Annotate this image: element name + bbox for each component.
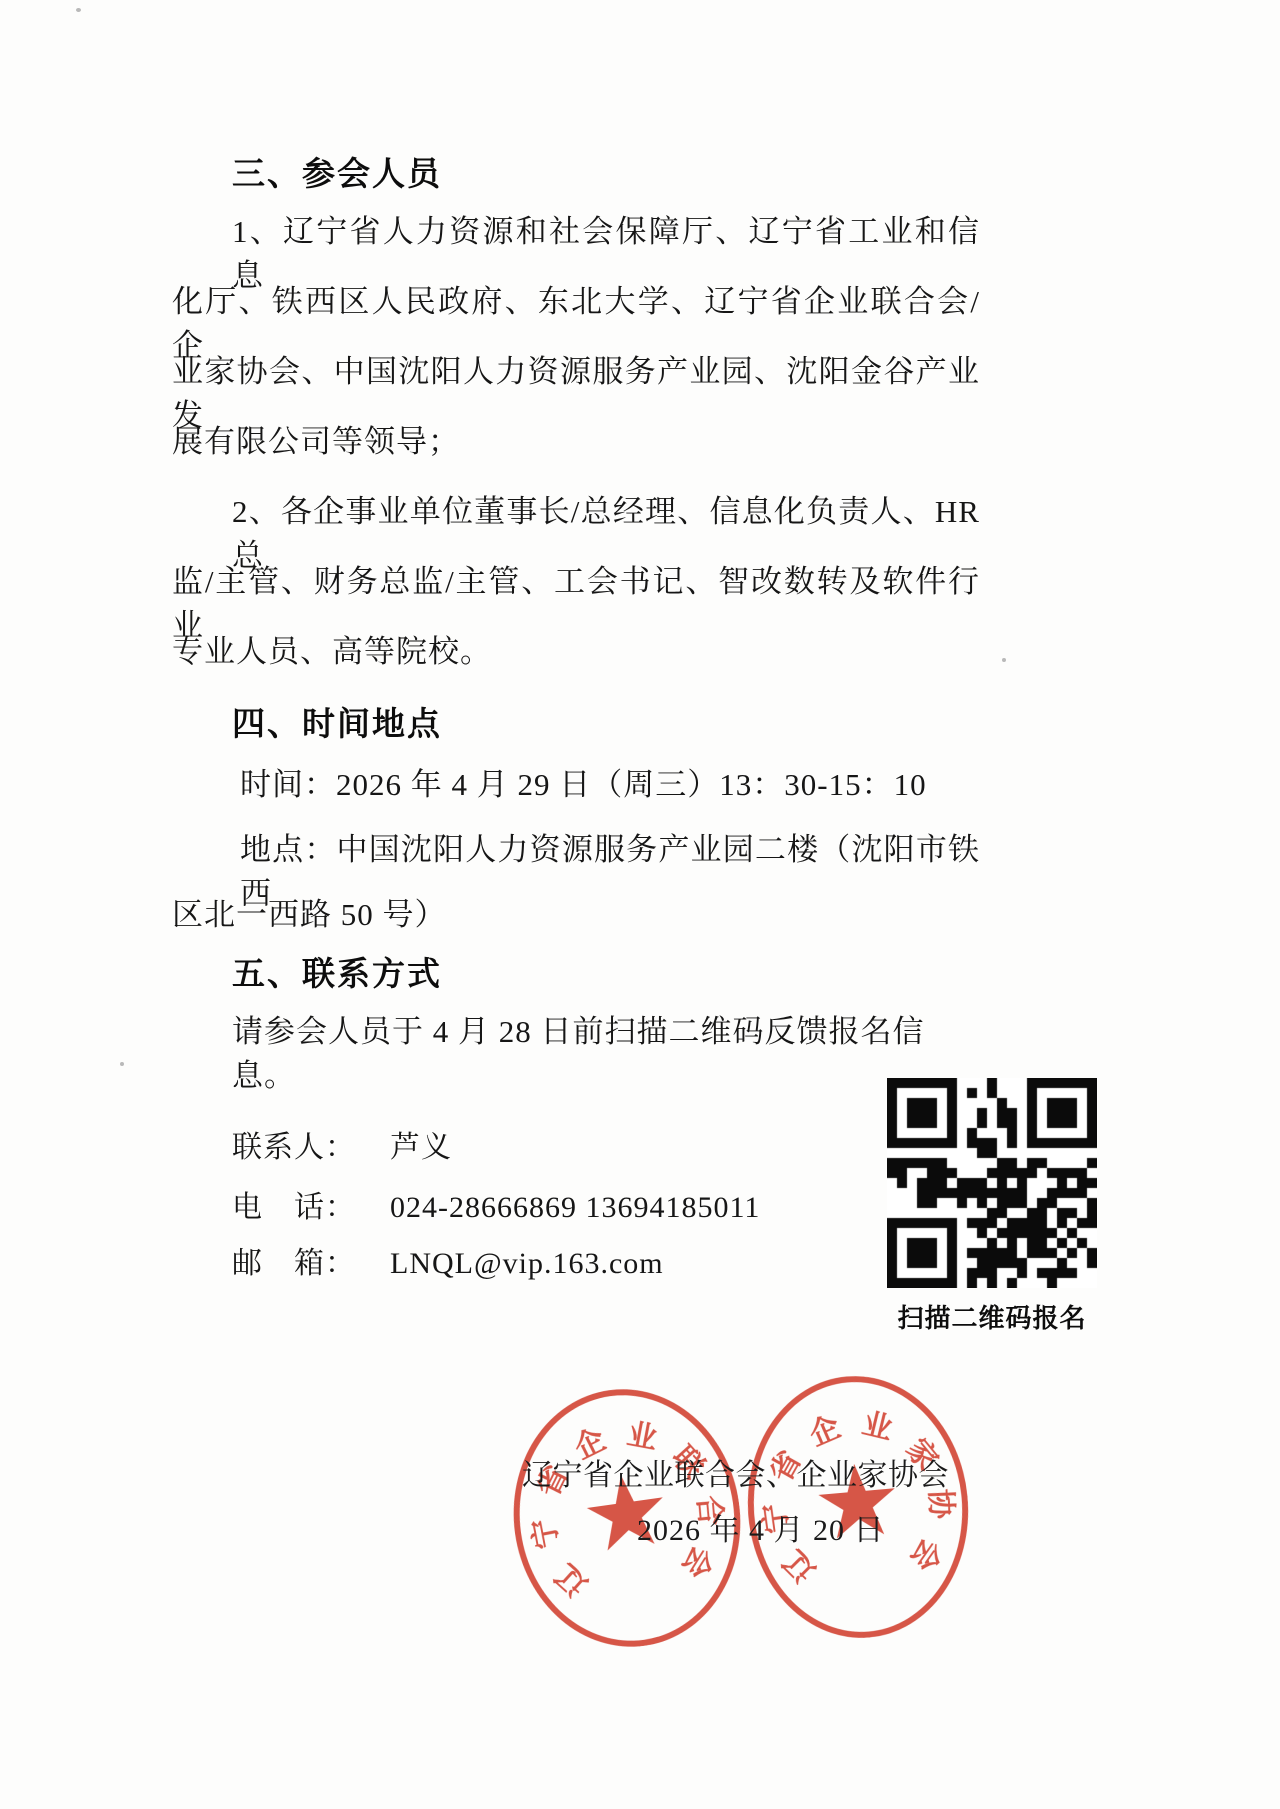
stamp-arc-char: 业 <box>623 1414 663 1454</box>
contact-person-value: 芦义 <box>390 1131 452 1164</box>
time-line: 时间：2026 年 4 月 29 日（周三）13：30-15：10 <box>240 763 980 807</box>
contact-email-label: 邮 箱： <box>232 1247 356 1280</box>
stamp-arc-char: 企 <box>801 1406 846 1451</box>
contact-person-line: 联系人：芦义 <box>232 1122 452 1166</box>
stamp-arc-char: 辽 <box>773 1544 821 1592</box>
section-heading-time-place: 四、时间地点 <box>232 698 442 745</box>
contact-phone-label: 电 话： <box>232 1191 356 1224</box>
scan-speck <box>1002 658 1006 662</box>
qr-signup-block: 扫描二维码报名 <box>887 1078 1097 1335</box>
participants-item1-line4: 展有限公司等领导； <box>172 420 980 464</box>
qr-caption: 扫描二维码报名 <box>887 1298 1097 1335</box>
signature-organization: 辽宁省企业联合会、企业家协会 <box>522 1450 949 1494</box>
contact-person-label: 联系人： <box>232 1131 356 1164</box>
stamp-arc-char: 辽 <box>545 1558 593 1606</box>
scan-speck <box>120 1062 124 1066</box>
contact-intro-line: 请参会人员于 4 月 28 日前扫描二维码反馈报名信息。 <box>232 1010 980 1098</box>
section-heading-contact: 五、联系方式 <box>232 948 442 995</box>
contact-phone-value: 024-28666869 13694185011 <box>390 1191 760 1224</box>
scan-speck <box>76 8 81 12</box>
participants-item2-line3: 专业人员、高等院校。 <box>172 630 980 674</box>
contact-email-value: LNQL@vip.163.com <box>390 1247 664 1280</box>
stamp-arc-char: 宁 <box>523 1514 563 1554</box>
contact-phone-line: 电 话：024-28666869 13694185011 <box>232 1182 760 1226</box>
document-page: 三、参会人员 1、辽宁省人力资源和社会保障厅、辽宁省工业和信息 化厅、铁西区人民… <box>0 0 1280 1809</box>
contact-email-line: 邮 箱：LNQL@vip.163.com <box>232 1238 664 1282</box>
section-heading-participants: 三、参会人员 <box>232 148 442 195</box>
signature-date: 2026 年 4 月 20 日 <box>637 1505 885 1549</box>
stamp-arc-char: 业 <box>858 1403 899 1444</box>
qr-code-icon <box>887 1078 1097 1288</box>
stamp-arc-char: 会 <box>905 1533 952 1580</box>
place-line2: 区北一西路 50 号） <box>172 893 980 937</box>
